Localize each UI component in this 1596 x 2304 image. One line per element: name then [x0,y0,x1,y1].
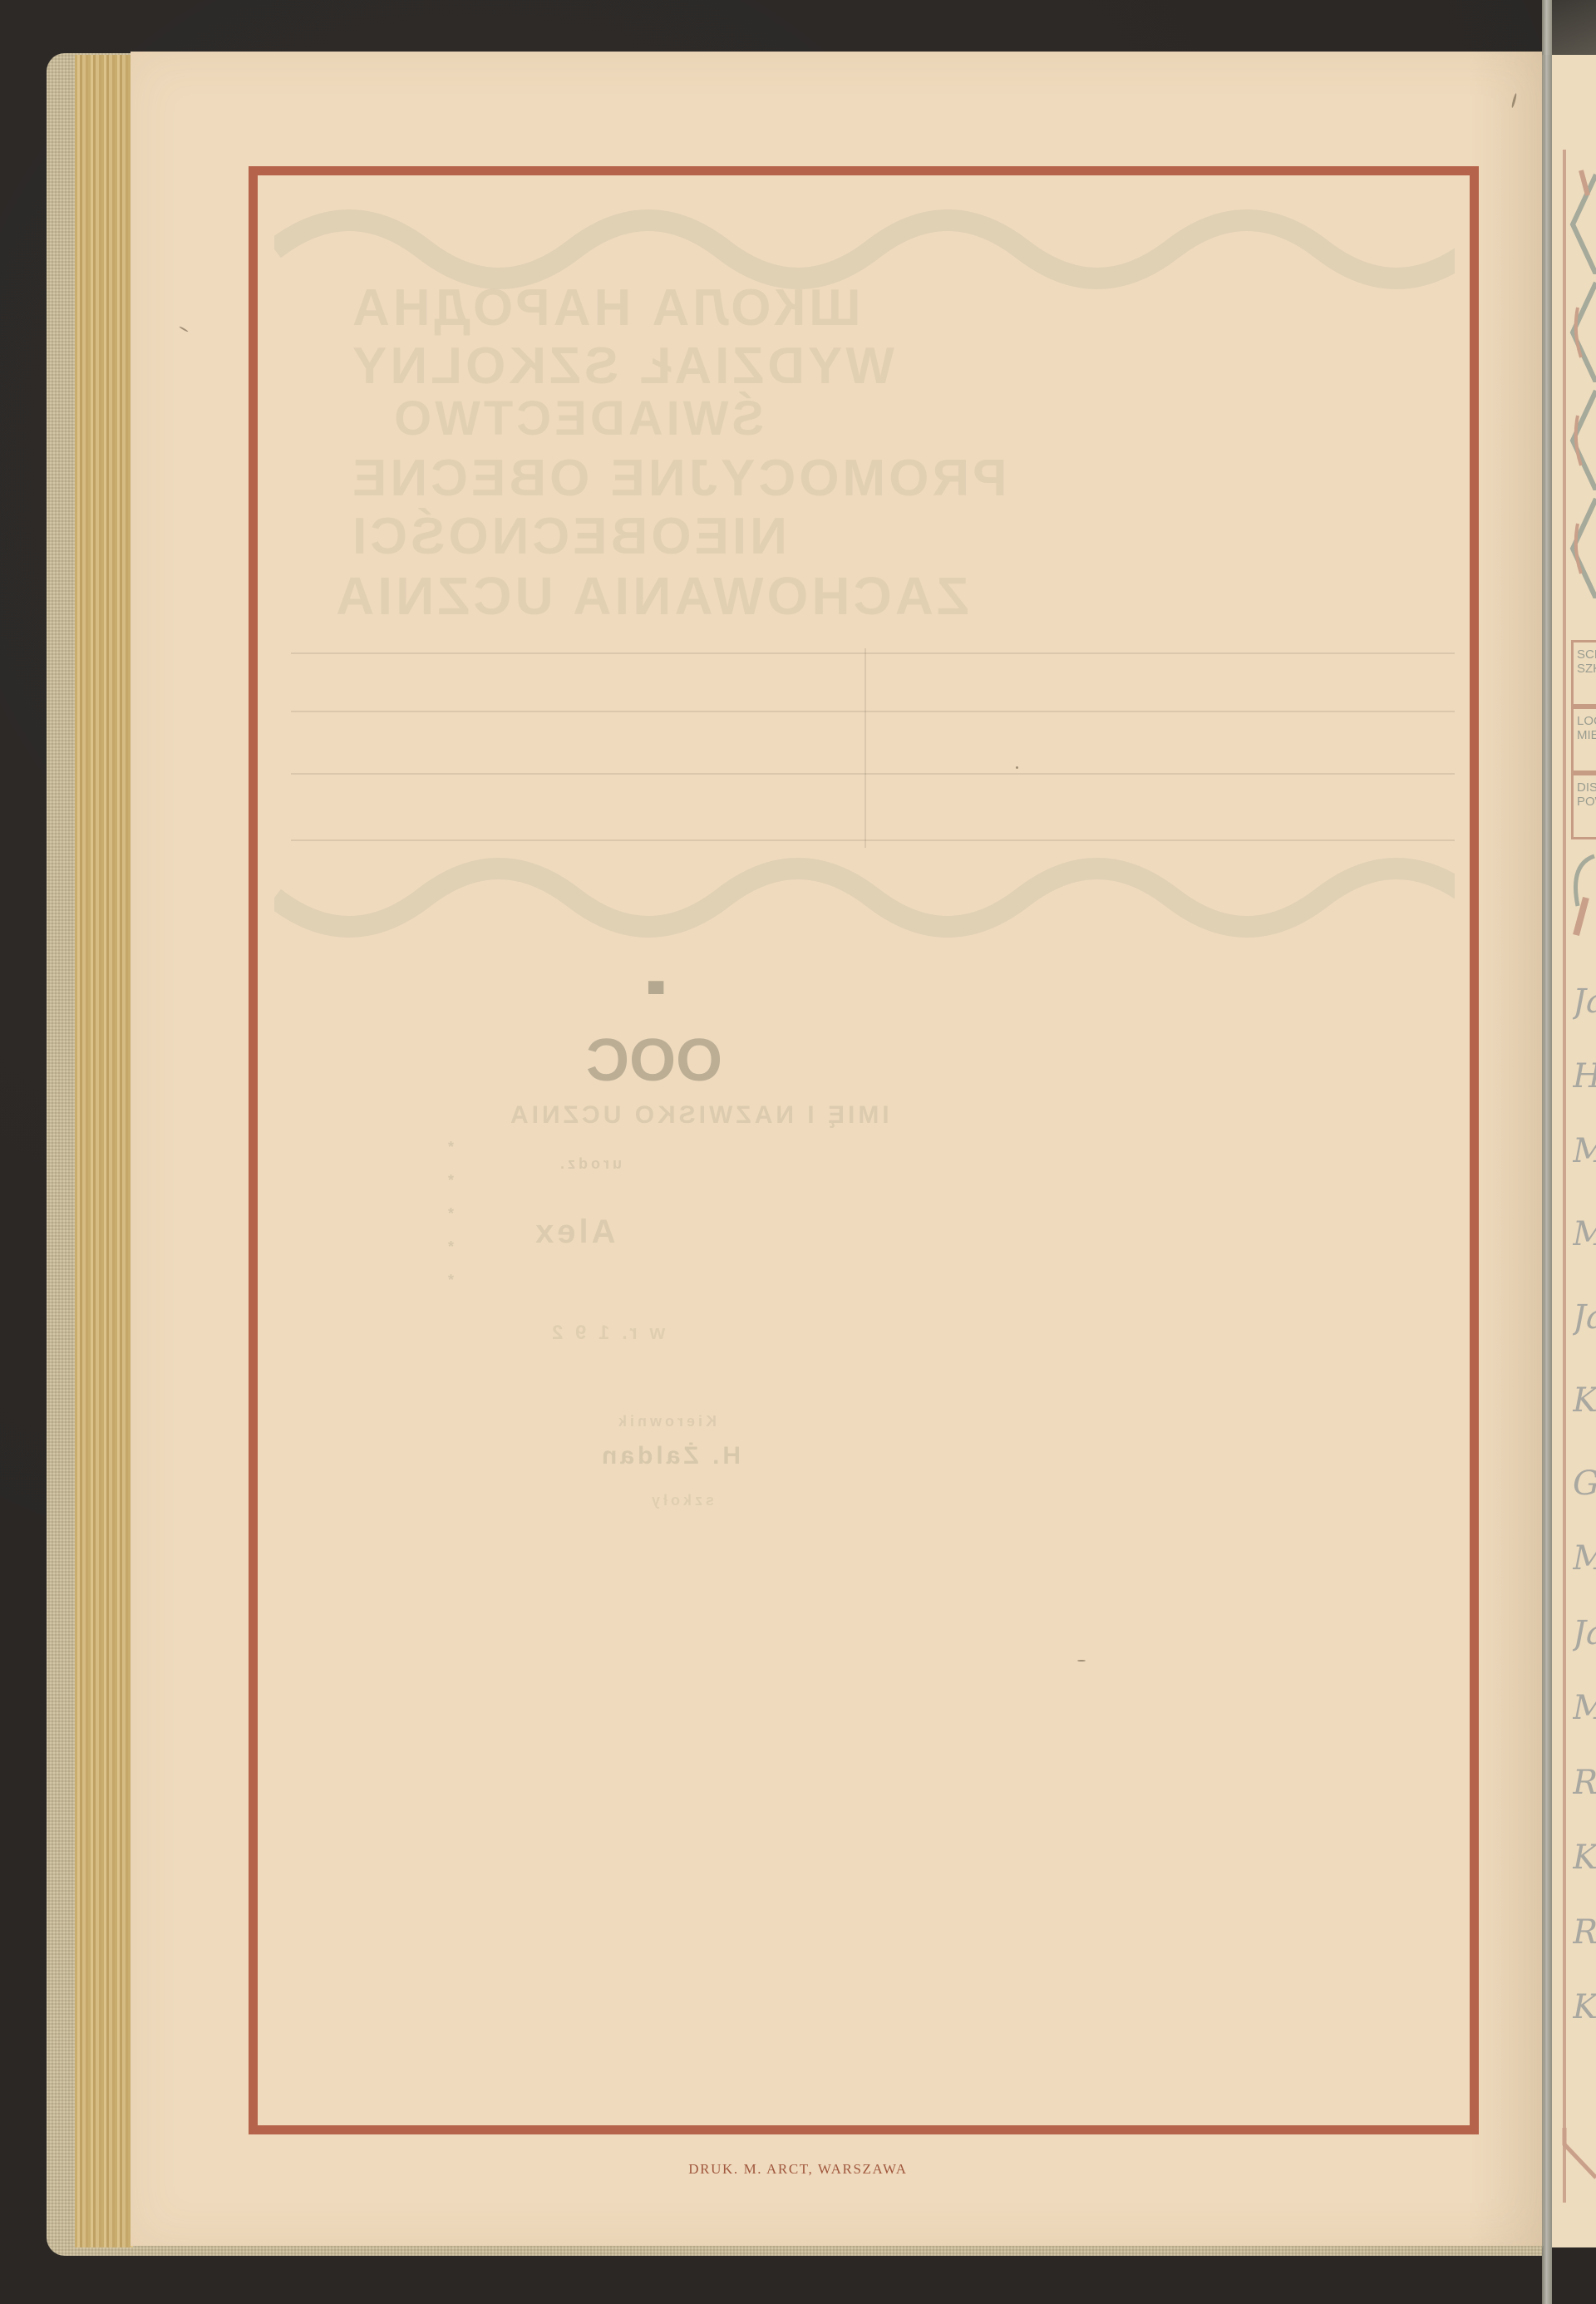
adjacent-label-box: LOCA MIE [1571,706,1596,773]
printer-imprint: DRUK. M. ARCT, WARSZAWA [0,2161,1596,2178]
adjacent-handwriting: Gr [1573,1446,1596,1521]
adjacent-ornament-swirl [1569,848,1596,939]
adjacent-handwriting: Ma [1573,1114,1596,1189]
label-line: SCHO [1577,647,1596,662]
adjacent-handwriting: Ja [1573,1596,1596,1671]
adjacent-handwriting: Ma [1573,1197,1596,1272]
label-line: POW [1577,795,1596,809]
label-line: LOCA [1577,714,1596,728]
adjacent-label-box: DIST POW [1571,773,1596,839]
adjacent-page-border-corner [1561,2128,1596,2186]
glass-plate-edge [1542,0,1552,2304]
adjacent-handwriting: Ka [1573,1363,1596,1438]
adjacent-handwriting: Ko [1573,1970,1596,2045]
page-border-frame [249,166,1479,2134]
adjacent-handwriting: Ro [1573,1745,1596,1820]
adjacent-ornament [1569,166,1596,274]
label-line: SZKO [1577,662,1596,676]
adjacent-ornament [1569,490,1596,598]
adjacent-ornament [1569,382,1596,490]
adjacent-label-box: SCHO SZKO [1571,640,1596,706]
adjacent-handwriting: Ja [1573,1280,1596,1355]
adjacent-page-border [1563,150,1566,2203]
adjacent-handwriting: Ko [1573,1820,1596,1895]
adjacent-handwriting: Ja [1573,964,1596,1039]
label-line: DIST [1577,780,1596,795]
label-line: MIE [1577,728,1596,742]
adjacent-handwriting: Ma [1573,1671,1596,1745]
adjacent-handwriting: Ma [1573,1521,1596,1596]
adjacent-handwriting: Ru [1573,1895,1596,1970]
adjacent-handwriting: Hi [1573,1039,1596,1114]
adjacent-ornament [1569,274,1596,382]
page-fore-edge [75,55,133,2247]
